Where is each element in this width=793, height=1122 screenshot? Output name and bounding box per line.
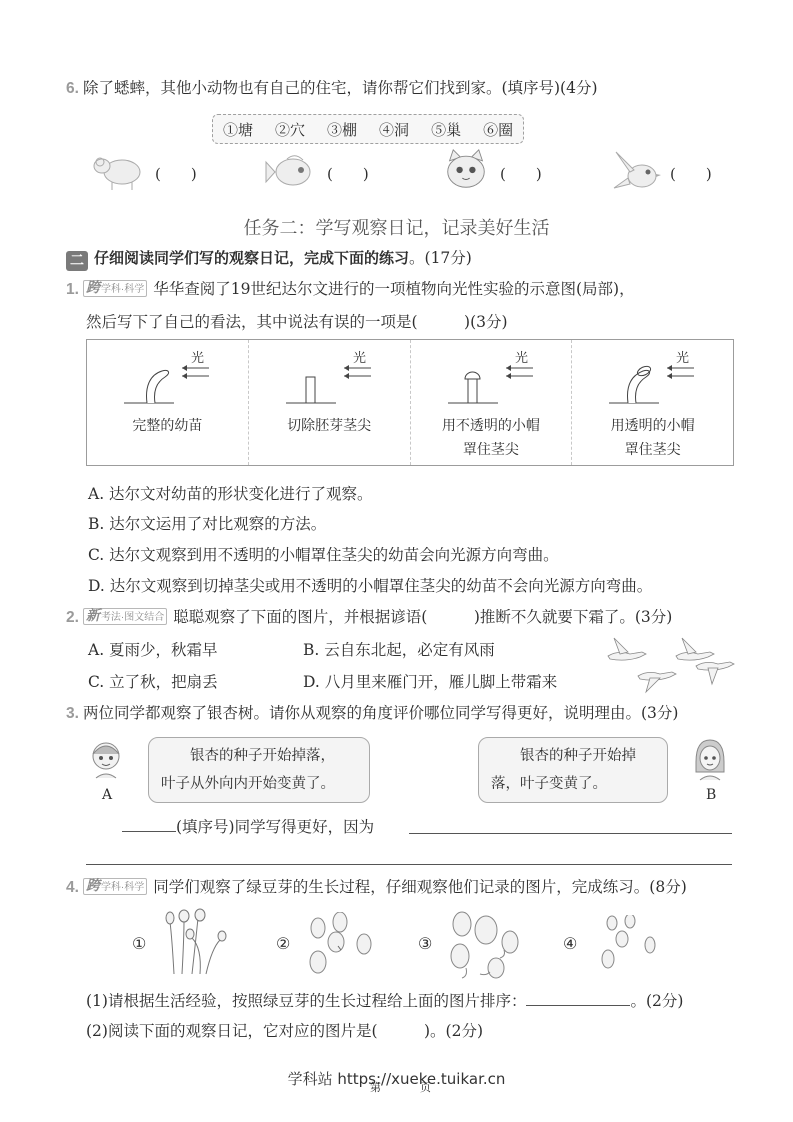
diagram-cell-tip-removed: 光 切除胚芽茎尖: [249, 340, 411, 465]
question-text: 华华查阅了19世纪达尔文进行的一项植物向光性实验的示意图(局部)，: [153, 280, 634, 298]
section-badge: 二: [66, 251, 88, 271]
sheep-icon: [92, 150, 144, 196]
answer-blank-reason-line2[interactable]: [86, 864, 732, 865]
svg-text:光: 光: [353, 350, 366, 366]
answer-paren[interactable]: ( ): [327, 163, 369, 184]
answer-blank-order[interactable]: [526, 989, 630, 1006]
diagram-label: 用透明的小帽罩住茎尖: [572, 414, 733, 462]
picture-number: ②: [276, 934, 290, 953]
beans-sprouting-icon: [446, 910, 524, 984]
section-title: 仔细阅读同学们写的观察日记，完成下面的练习: [94, 249, 409, 267]
seedling-transparent-cap-icon: 光: [572, 340, 733, 410]
student-b-label: B: [706, 787, 716, 803]
q1-option-d[interactable]: D. 达尔文观察到切掉茎尖或用不透明的小帽罩住茎尖的幼苗不会向光源方向弯曲。: [88, 576, 652, 596]
bubble-line: 落，叶子变黄了。: [491, 770, 655, 798]
option: ⑤巢: [431, 119, 461, 140]
subject-tag: 跨学科·科学: [83, 878, 147, 895]
svg-text:光: 光: [191, 350, 204, 366]
answer-paren[interactable]: ( ): [155, 163, 197, 184]
bird-icon: [610, 150, 662, 196]
sprout-long-icon: [162, 908, 232, 980]
option: ④洞: [379, 119, 409, 140]
cat-icon: [440, 148, 492, 194]
answer-blank-reason[interactable]: [409, 833, 732, 834]
new-format-tag: 新考法·图文结合: [83, 608, 167, 625]
student-b-speech-bubble: 银杏的种子开始掉 落，叶子变黄了。: [478, 737, 668, 803]
q3-prompt: 3.两位同学都观察了银杏树。请你从观察的角度评价哪位同学写得更好，说明理由。(3…: [66, 703, 678, 724]
bubble-line: 银杏的种子开始掉落，: [161, 742, 357, 770]
question-number: 3.: [66, 705, 79, 722]
picture-number: ①: [132, 934, 146, 953]
q2-prompt: 2.新考法·图文结合聪聪观察了下面的图片，并根据谚语( )推断不久就要下霜了。(…: [66, 607, 672, 628]
picture-number: ③: [418, 934, 432, 953]
answer-paren[interactable]: ( ): [500, 163, 542, 184]
question-text: 同学们观察了绿豆芽的生长过程，仔细观察他们记录的图片，完成练习。(8分): [153, 878, 686, 896]
diagram-label: 完整的幼苗: [87, 414, 248, 438]
fish-icon: [265, 150, 317, 196]
q4-sub2: (2)阅读下面的观察日记，它对应的图片是( )。(2分): [86, 1021, 483, 1041]
q4-sub1: (1)请根据生活经验，按照绿豆芽的生长过程给上面的图片排序：。(2分): [86, 989, 683, 1011]
question-text: 两位同学都观察了银杏树。请你从观察的角度评价哪位同学写得更好，说明理由。(3分): [83, 704, 678, 722]
question-number: 2.: [66, 609, 79, 626]
geese-illustration-icon: [600, 632, 740, 701]
section-score: 。(17分): [409, 249, 472, 267]
student-a-avatar: [88, 738, 124, 786]
seedling-opaque-cap-icon: 光: [411, 340, 572, 410]
q2-option-d[interactable]: D. 八月里来雁门开，雁儿脚上带霜来: [303, 672, 557, 692]
beans-cracked-icon: [306, 912, 378, 980]
diagram-cell-opaque-cap: 光 用不透明的小帽罩住茎尖: [411, 340, 573, 465]
diagram-label: 切除胚芽茎尖: [249, 414, 410, 438]
svg-text:光: 光: [515, 350, 528, 366]
q1-option-b[interactable]: B. 达尔文运用了对比观察的方法。: [88, 514, 326, 534]
seedling-curved-icon: 光: [87, 340, 248, 410]
student-a-speech-bubble: 银杏的种子开始掉落， 叶子从外向内开始变黄了。: [148, 737, 370, 803]
question-text: 除了蟋蟀，其他小动物也有自己的住宅，请你帮它们找到家。(填序号)(4分): [83, 79, 598, 97]
bubble-line: 银杏的种子开始掉: [491, 742, 655, 770]
q1-option-a[interactable]: A. 达尔文对幼苗的形状变化进行了观察。: [88, 484, 373, 504]
svg-text:光: 光: [676, 350, 689, 366]
q2-option-c[interactable]: C. 立了秋，把扇丢: [88, 672, 218, 692]
q6-prompt: 6.除了蟋蟀，其他小动物也有自己的住宅，请你帮它们找到家。(填序号)(4分): [66, 78, 598, 99]
bubble-line: 叶子从外向内开始变黄了。: [161, 770, 357, 798]
student-a-label: A: [102, 787, 112, 803]
question-text: 聪聪观察了下面的图片，并根据谚语( )推断不久就要下霜了。(3分): [173, 608, 672, 626]
diagram-cell-transparent-cap: 光 用透明的小帽罩住茎尖: [572, 340, 733, 465]
student-b-avatar: [692, 738, 728, 786]
q1-prompt-line2: 然后写下了自己的看法，其中说法有误的一项是( )(3分): [86, 312, 508, 332]
q1-prompt: 1.跨学科·科学华华查阅了19世纪达尔文进行的一项植物向光性实验的示意图(局部)…: [66, 279, 635, 300]
option: ⑥圈: [483, 119, 513, 140]
picture-number: ④: [563, 934, 577, 953]
option: ①塘: [223, 119, 253, 140]
diagram-label: 用不透明的小帽罩住茎尖: [411, 414, 572, 462]
seedling-cut-icon: 光: [249, 340, 410, 410]
q6-options-box: ①塘 ②穴 ③棚 ④洞 ⑤巢 ⑥圈: [212, 114, 524, 144]
answer-prompt: (填序号)同学写得更好，因为: [176, 818, 374, 836]
q4-prompt: 4.跨学科·科学同学们观察了绿豆芽的生长过程，仔细观察他们记录的图片，完成练习。…: [66, 877, 687, 898]
subject-tag: 跨学科·科学: [83, 280, 147, 297]
q2-option-a[interactable]: A. 夏雨少，秋霜早: [88, 640, 218, 660]
experiment-diagram: 光 完整的幼苗 光 切除胚芽茎尖 光 用不透明的小帽罩住茎尖: [86, 339, 734, 466]
option: ③棚: [327, 119, 357, 140]
question-number: 1.: [66, 281, 79, 298]
beans-soaked-icon: [600, 915, 662, 975]
q1-option-c[interactable]: C. 达尔文观察到用不透明的小帽罩住茎尖的幼苗会向光源方向弯曲。: [88, 545, 559, 565]
answer-blank-student[interactable]: [122, 831, 176, 832]
q3-answer-row: (填序号)同学写得更好，因为: [122, 817, 374, 837]
sub-question-text: (1)请根据生活经验，按照绿豆芽的生长过程给上面的图片排序：: [86, 992, 526, 1010]
question-number: 4.: [66, 879, 79, 896]
sub-question-score: 。(2分): [630, 992, 683, 1010]
diagram-cell-intact-seedling: 光 完整的幼苗: [87, 340, 249, 465]
page-number-label: 第 页: [370, 1079, 445, 1095]
section-header: 二仔细阅读同学们写的观察日记，完成下面的练习。(17分): [66, 248, 472, 271]
task-title: 任务二：学写观察日记，记录美好生活: [0, 214, 793, 240]
question-number: 6.: [66, 80, 79, 97]
option: ②穴: [275, 119, 305, 140]
q2-option-b[interactable]: B. 云自东北起，必定有风雨: [303, 640, 495, 660]
answer-paren[interactable]: ( ): [670, 163, 712, 184]
